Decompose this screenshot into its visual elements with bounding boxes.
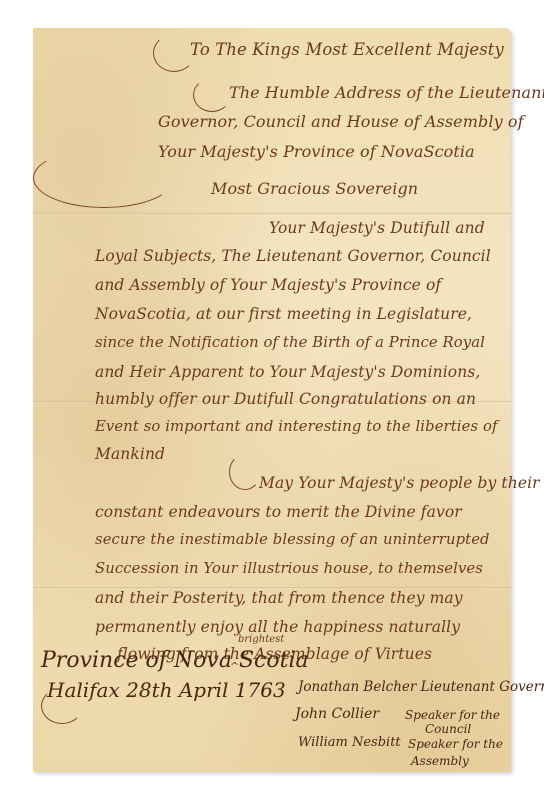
paragraph-1-line: Your Majesty's Dutifull and xyxy=(269,219,485,237)
paragraph-1-line: Mankind xyxy=(95,445,165,463)
flourish-icon xyxy=(193,78,231,112)
signatory-name: William Nesbitt xyxy=(298,735,401,750)
signatory-name: Jonathan Belcher xyxy=(298,679,416,695)
paragraph-2-line: and their Posterity, that from thence th… xyxy=(95,589,463,607)
flourish-icon xyxy=(33,148,175,208)
paragraph-2-line: May Your Majesty's people by their xyxy=(259,474,540,492)
paragraph-2-line: constant endeavours to merit the Divine … xyxy=(95,503,462,521)
signature-collier: John Collier xyxy=(295,706,379,722)
collier-title-line-2: Council xyxy=(425,722,471,736)
paragraph-1-line: NovaScotia, at our first meeting in Legi… xyxy=(95,305,472,323)
address-title-line-2: Governor, Council and House of Assembly … xyxy=(158,112,524,131)
signatory-title: Lieutenant Governor xyxy=(421,679,544,695)
signature-nesbitt: William Nesbitt xyxy=(298,735,401,750)
fold-line xyxy=(33,213,511,215)
date-line: Halifax 28th April 1763 xyxy=(47,678,286,702)
address-title-line-3: Your Majesty's Province of NovaScotia xyxy=(158,142,475,161)
flourish-icon xyxy=(153,34,195,72)
paragraph-1-line: Loyal Subjects, The Lieutenant Governor,… xyxy=(95,247,491,265)
address-title-line-1: The Humble Address of the Lieutenant xyxy=(229,83,544,102)
signature-belcher: Jonathan Belcher Lieutenant Governor xyxy=(298,679,544,695)
collier-title-line-1: Speaker for the xyxy=(405,708,500,722)
salutation: To The Kings Most Excellent Majesty xyxy=(190,40,504,59)
nesbitt-title-line-2: Assembly xyxy=(411,754,469,768)
greeting: Most Gracious Sovereign xyxy=(211,179,418,198)
paragraph-2-line: Succession in Your illustrious house, to… xyxy=(95,560,483,577)
nesbitt-title-line-1: Speaker for the xyxy=(408,737,503,751)
interlineation: brightest xyxy=(238,634,284,645)
paragraph-1-line: and Assembly of Your Majesty's Province … xyxy=(95,276,441,294)
flourish-icon xyxy=(229,454,261,490)
paragraph-1-line: humbly offer our Dutifull Congratulation… xyxy=(95,390,476,408)
manuscript-page: To The Kings Most Excellent Majesty The … xyxy=(33,28,511,772)
flourish-icon xyxy=(41,688,83,724)
paragraph-2-line: secure the inestimable blessing of an un… xyxy=(95,531,490,548)
signatory-name: John Collier xyxy=(295,706,379,722)
paragraph-1-line: and Heir Apparent to Your Majesty's Domi… xyxy=(95,363,480,381)
place-line: Province of Nova Scotia xyxy=(41,648,309,673)
paragraph-1-line: since the Notification of the Birth of a… xyxy=(95,334,485,351)
paragraph-1-line: Event so important and interesting to th… xyxy=(95,418,498,435)
